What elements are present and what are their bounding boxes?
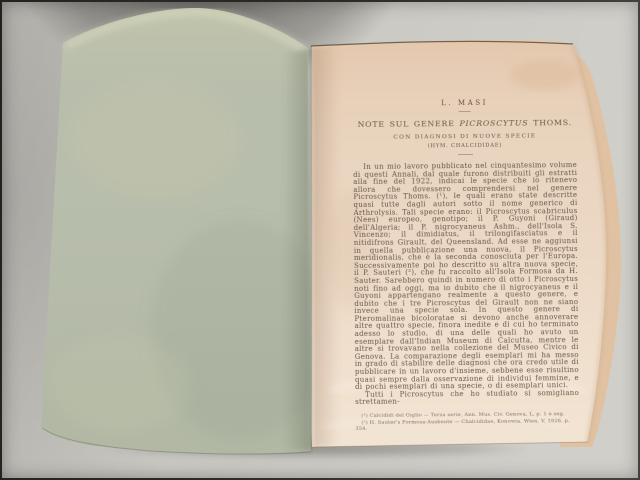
left-page-spine-shadow (282, 49, 311, 451)
ornament-rule (458, 154, 473, 155)
right-page-stain (510, 60, 580, 90)
footnote: (²) H. Sauter's Formosa-Ausbeute — Chalc… (355, 419, 579, 433)
title-pre: NOTE SUL GENERE (358, 119, 460, 129)
author-name: L. MASI (353, 98, 577, 108)
left-page-mottle (50, 337, 190, 433)
paper-title: NOTE SUL GENERE PICROSCYTUS THOMS. (353, 118, 577, 129)
footnotes: (¹) Calcididi del Giglio — Terza serie, … (355, 412, 579, 433)
title-genus: PICROSCYTUS (459, 118, 528, 128)
title-page-text: L. MASI NOTE SUL GENERE PICROSCYTUS THOM… (353, 98, 580, 434)
left-page-mottle (70, 80, 240, 200)
body-text: In un mio lavoro pubblicato nel cinquant… (353, 162, 579, 407)
photo-open-pamphlet: L. MASI NOTE SUL GENERE PICROSCYTUS THOM… (0, 0, 640, 480)
ornament-rule (459, 111, 471, 112)
body-paragraph: Tutti i Picroscytus che ho studiato si s… (355, 390, 579, 407)
taxon-family-note: (HYM. CHALCIDIDAE) (353, 142, 577, 150)
title-post: THOMS. (528, 118, 572, 127)
paper-subtitle: CON DIAGNOSI DI NUOVE SPECIE (353, 133, 577, 141)
body-paragraph: In un mio lavoro pubblicato nel cinquant… (353, 162, 579, 392)
